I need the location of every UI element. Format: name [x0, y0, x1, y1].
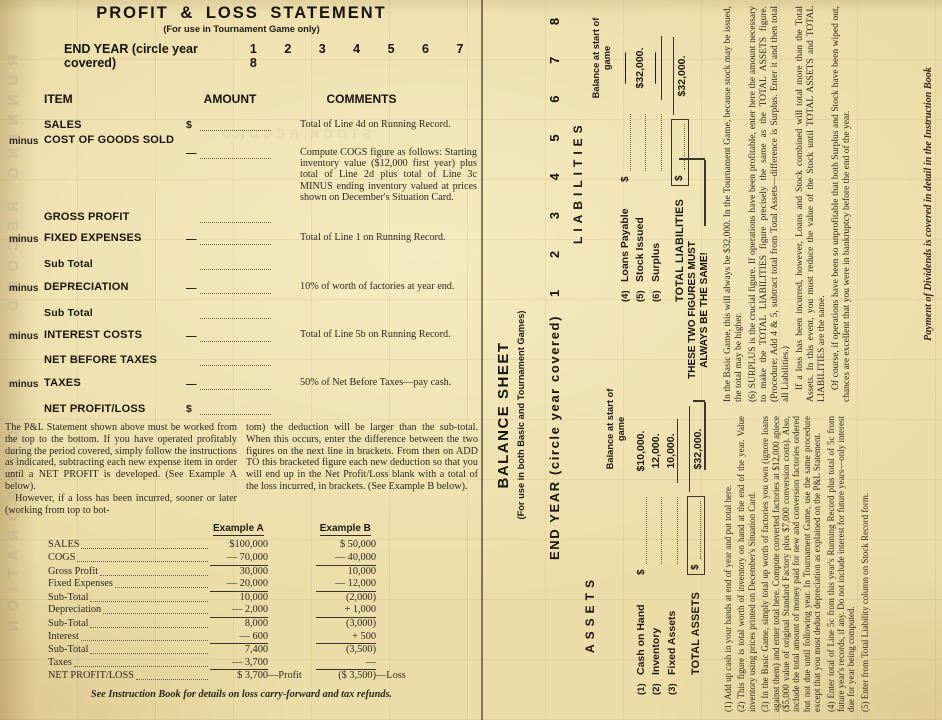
example-b-value: —: [316, 657, 376, 671]
example-a-value: $ 3,700: [210, 670, 268, 683]
paragraph: However, if a loss has been incurred, so…: [5, 493, 237, 517]
example-a-suffix: [268, 604, 316, 618]
example-b-value: 10,000: [316, 566, 376, 579]
pnl-column-headers: ITEM AMOUNT COMMENTS: [0, 92, 483, 106]
pnl-row-net-profit-loss: NET PROFIT/LOSS $: [0, 403, 483, 415]
example-row: Sub-Total 7,400 (3,500): [48, 644, 436, 657]
scanned-game-form-page: RUNNING RECORD CORPORATION STOCK RECORD …: [0, 0, 942, 720]
blank-entry-field: [635, 114, 646, 182]
amount-prefix: —: [186, 378, 200, 390]
example-a-value: — 70,000: [210, 552, 268, 566]
dotted-leader: [115, 578, 208, 588]
amount-column-header: AMOUNT: [184, 92, 276, 106]
comment-text: Compute COGS figure as follows: Starting…: [276, 147, 483, 203]
example-b-suffix: [376, 644, 436, 657]
example-a-value: 7,400: [210, 644, 268, 657]
item-label: Sub Total: [44, 258, 184, 270]
example-row: Gross Profit 30,000 10,000: [48, 566, 436, 579]
row-label: Surplus: [650, 182, 662, 282]
item-label: COST OF GOODS SOLD: [44, 134, 184, 203]
row-number: (2): [651, 675, 662, 695]
pnl-row-sales: SALES $ Total of Line 4d on Running Reco…: [0, 119, 483, 131]
asset-row: (1) Cash on Hand $ $10,000.: [635, 383, 647, 695]
amount-prefix: $: [186, 119, 200, 131]
example-b-suffix: [376, 618, 436, 631]
start-balance-value: $32,000.: [634, 22, 646, 114]
item-line-2: GOODS SOLD: [98, 134, 175, 146]
amount-prefix: $: [690, 559, 701, 570]
item-line-1: COST OF: [44, 134, 94, 146]
example-a-suffix: [268, 552, 316, 566]
amount-prefix: $: [620, 171, 631, 182]
example-a-suffix: [268, 592, 316, 605]
row-label: Loans Payable: [619, 182, 631, 282]
bracket-line: [704, 160, 706, 226]
label-text: Gross Profit: [48, 566, 98, 579]
example-label: COGS: [48, 552, 210, 566]
footnote: (5) Enter from Total Liability column on…: [860, 416, 870, 712]
label-text: NET PROFIT/LOSS: [48, 670, 134, 683]
dotted-fill-line: [667, 497, 678, 564]
example-b-value: (2,000): [316, 592, 376, 605]
pnl-instructions: The P&L Statement shown above must be wo…: [5, 422, 478, 516]
example-row: Fixed Expenses — 20,000 — 12,000: [48, 578, 436, 592]
example-row: Interest — 600 + 500: [48, 631, 436, 645]
comment-text: [276, 354, 483, 366]
example-a-suffix: [268, 618, 316, 631]
amount-blank-field: [184, 258, 276, 270]
comment-text: Total of Line 1 on Running Record.: [276, 232, 483, 245]
amount-prefix: —: [186, 233, 200, 245]
instruction-paragraph: In the Basic Game, this will always be $…: [723, 6, 745, 402]
dotted-leader: [81, 631, 208, 641]
example-a-suffix: [268, 644, 316, 657]
example-row: Sub-Total 10,000 (2,000): [48, 592, 436, 605]
pnl-footer-note: See Instruction Book for details on loss…: [0, 689, 483, 700]
minus-label: minus: [0, 377, 44, 390]
liabilities-section: LIABILITIES Balance at start of game (4)…: [571, 12, 689, 302]
example-a-suffix: —Profit: [268, 670, 316, 683]
row-label: Stock Issued: [634, 182, 646, 282]
example-b-value: (3,000): [316, 618, 376, 631]
label-text: Depreciation: [48, 604, 101, 618]
profit-loss-statement: PROFIT & LOSS STATEMENT (For use in Tour…: [0, 0, 483, 720]
example-b-suffix: [376, 604, 436, 618]
footnote: (4) Enter total of Line 5c from this yea…: [826, 416, 857, 712]
pnl-row-interest: minus INTEREST COSTS — Total of Line 5b …: [0, 329, 483, 342]
pnl-end-year-row: END YEAR (circle year covered) 1 2 3 4 5…: [64, 42, 483, 70]
blank-entry-field: [651, 114, 662, 182]
example-row: SALES $100,000 $ 50,000: [48, 539, 436, 552]
label-text: COGS: [48, 552, 75, 566]
liabilities-rows: (4) Loans Payable $ ——— (5) Stock Issued…: [619, 12, 662, 302]
blank-entry-field: [667, 497, 678, 575]
example-b-value: + 500: [316, 631, 376, 645]
comment-text: Total of Line 4d on Running Record.: [276, 119, 483, 131]
end-year-label: END YEAR (circle year covered): [64, 42, 234, 70]
balance-sheet-footnotes: (1) Add up cash in your hands at end of …: [723, 416, 873, 712]
item-label: Sub Total: [44, 307, 184, 319]
dotted-fill-line: [690, 501, 701, 559]
payment-of-dividends-note: Payment of Dividends is covered in detai…: [923, 6, 934, 402]
instructions-right-column: tom) the deduction will be larger than t…: [246, 422, 478, 516]
pnl-row-gross-profit: GROSS PROFIT: [0, 211, 483, 223]
row-number: (4): [620, 282, 631, 302]
example-a-suffix: [268, 539, 316, 552]
example-a-value: $100,000: [210, 539, 268, 552]
label-text: Sub-Total: [48, 618, 88, 631]
example-a-value: — 3,700: [210, 657, 268, 671]
dotted-leader: [103, 604, 208, 614]
total-liabilities-label: TOTAL LIABILITIES: [674, 190, 686, 302]
assets-rows: (1) Cash on Hand $ $10,000. (2) Inventor…: [635, 383, 678, 695]
end-year-label: END YEAR (circle year covered): [547, 315, 562, 560]
item-label: NET BEFORE TAXES: [44, 354, 184, 366]
dotted-fill-line: [636, 497, 647, 564]
row-number: (3): [667, 675, 678, 695]
amount-blank-field: —: [184, 281, 276, 294]
liabilities-header: LIABILITIES: [571, 12, 585, 244]
amount-prefix: $: [186, 403, 200, 415]
instructions-left-column: The P&L Statement shown above must be wo…: [5, 422, 237, 516]
dotted-fill-line: [620, 114, 631, 171]
example-b-suffix: [376, 631, 436, 645]
minus-label: [0, 403, 44, 415]
example-row: Depreciation — 2,000 + 1,000: [48, 604, 436, 618]
assets-balance-column-header: Balance at start of game: [605, 383, 627, 475]
amount-blank-field: —: [184, 329, 276, 342]
item-column-header: ITEM: [44, 92, 184, 106]
blank-entry-field: $: [636, 497, 647, 575]
example-a-value: 8,000: [210, 618, 268, 631]
row-number: (1): [636, 675, 647, 695]
example-label: Gross Profit: [48, 566, 210, 579]
dotted-fill-line: [200, 283, 271, 294]
minus-label: minus: [0, 134, 44, 203]
pnl-row-depreciation: minus DEPRECIATION — 10% of worth of fac…: [0, 281, 483, 294]
amount-blank-field: —: [184, 147, 276, 159]
minus-label: [0, 307, 44, 319]
label-text: SALES: [48, 539, 79, 552]
example-a-suffix: [268, 578, 316, 592]
label-text: Fixed Expenses: [48, 578, 113, 592]
example-row-net: NET PROFIT/LOSS $ 3,700 —Profit ($ 3,500…: [48, 670, 436, 683]
row-label: Fixed Assets: [666, 575, 678, 675]
liabilities-balance-column-header: Balance at start of game: [591, 12, 613, 104]
blank-entry-field: [651, 497, 662, 575]
balance-sheet-end-year-row: END YEAR (circle year covered) 1 2 3 4 5…: [547, 4, 562, 560]
item-label: GROSS PROFIT: [44, 211, 184, 223]
example-row: Sub-Total 8,000 (3,000): [48, 618, 436, 631]
comment-text: Total of Line 5b on Running Record.: [276, 329, 483, 342]
example-b-suffix: [376, 539, 436, 552]
liability-row: (5) Stock Issued $32,000.: [634, 12, 646, 302]
start-balance-value: $10,000.: [635, 405, 647, 497]
balance-sheet: BALANCE SHEET (For use in both Basic and…: [483, 0, 942, 720]
asset-row: (2) Inventory 12,000.: [650, 383, 662, 695]
total-liabilities-box-field: $: [671, 119, 689, 186]
example-a-suffix: [268, 657, 316, 671]
minus-label: minus: [0, 232, 44, 245]
example-row: Taxes — 3,700 —: [48, 657, 436, 671]
pnl-row-net-before-taxes: NET BEFORE TAXES: [0, 354, 483, 366]
dotted-fill-line: [200, 379, 271, 390]
amount-blank-field: [184, 211, 276, 223]
item-label: SALES: [44, 119, 184, 131]
liability-row: (4) Loans Payable $ ———: [619, 12, 631, 302]
dotted-leader: [81, 539, 208, 549]
example-label: Depreciation: [48, 604, 210, 618]
example-label: Fixed Expenses: [48, 578, 210, 592]
row-number: (5): [635, 282, 646, 302]
dotted-leader: [100, 566, 208, 576]
example-b-value: — 40,000: [316, 552, 376, 566]
example-b-suffix: [376, 552, 436, 566]
amount-blank-field: $: [184, 403, 276, 415]
instruction-paragraph: (6) SURPLUS is the crucial figure. If op…: [748, 6, 792, 402]
amount-prefix: —: [186, 282, 200, 294]
bracket-line: [704, 402, 706, 470]
example-b-value: + 1,000: [316, 604, 376, 618]
figures-must-match-note: THESE TWO FIGURES MUST ALWAYS BE THE SAM…: [687, 230, 711, 390]
dotted-leader: [90, 644, 208, 654]
dotted-fill-line: [200, 212, 271, 223]
start-balance-value: 12,000.: [650, 405, 662, 497]
item-label: FIXED EXPENSES: [44, 232, 184, 245]
amount-blank-field: [184, 307, 276, 319]
dotted-leader: [74, 657, 208, 667]
comment-text: [276, 211, 483, 223]
footnote: (1) Add up cash in your hands at end of …: [723, 416, 733, 712]
example-b-suffix: [376, 578, 436, 592]
example-a-value: 10,000: [210, 592, 268, 605]
dotted-fill-line: [200, 148, 271, 159]
footnote: (3) In the Basic Game, simply total up w…: [760, 416, 822, 712]
example-row: COGS — 70,000 — 40,000: [48, 552, 436, 566]
comment-text: 50% of Net Before Taxes—pay cash.: [276, 377, 483, 390]
example-b-suffix: —Loss: [376, 670, 436, 683]
row-label: Cash on Hand: [635, 575, 647, 675]
dotted-fill-line: [651, 114, 662, 171]
minus-label: [0, 354, 44, 366]
start-balance-value: ———: [619, 22, 631, 114]
dotted-leader: [90, 618, 208, 628]
balance-sheet-subtitle: (For use in both Basic and Tournament Ga…: [516, 220, 526, 610]
minus-label: [0, 258, 44, 270]
total-assets-label: TOTAL ASSETS: [690, 579, 702, 675]
amount-blank-field: [184, 354, 276, 366]
dotted-fill-line: [200, 404, 271, 415]
example-a-value: — 20,000: [210, 578, 268, 592]
amount-prefix: $: [674, 170, 685, 181]
dotted-fill-line: [200, 234, 271, 245]
bracket-line: [693, 401, 705, 403]
example-a-suffix: [268, 566, 316, 579]
balance-sheet-title: BALANCE SHEET: [495, 260, 512, 570]
comment-text: [276, 258, 483, 270]
amount-prefix: —: [186, 330, 200, 342]
example-a-value: 30,000: [210, 566, 268, 579]
item-label: NET PROFIT/LOSS: [44, 403, 184, 415]
amount-blank-field: $: [184, 119, 276, 131]
label-text: Taxes: [48, 657, 72, 671]
label-text: Interest: [48, 631, 79, 645]
comment-text: [276, 307, 483, 319]
total-assets-row: TOTAL ASSETS $ $32,000.: [687, 383, 705, 695]
total-assets-balance: $32,000.: [689, 406, 704, 492]
pnl-row-subtotal-2: Sub Total: [0, 307, 483, 319]
balance-sheet-instructions: In the Basic Game, this will always be $…: [723, 6, 856, 402]
dotted-fill-line: [200, 308, 271, 319]
dotted-fill-line: [200, 259, 271, 270]
pnl-row-cogs: minus COST OF GOODS SOLD — Compute COGS …: [0, 134, 483, 203]
example-a-suffix: [268, 631, 316, 645]
example-b-value: (3,500): [316, 644, 376, 657]
row-label: Inventory: [650, 575, 662, 675]
pnl-subtitle: (For use in Tournament Game only): [0, 24, 483, 34]
example-label: Taxes: [48, 657, 210, 671]
example-label: Sub-Total: [48, 644, 210, 657]
minus-label: [0, 119, 44, 131]
example-label: NET PROFIT/LOSS: [48, 670, 210, 683]
row-number: (6): [651, 282, 662, 302]
total-assets-box-field: $: [687, 496, 705, 575]
example-b-value: ($ 3,500): [316, 670, 376, 683]
example-b-header: Example B: [320, 523, 371, 536]
dotted-leader: [90, 592, 208, 602]
end-year-numbers: 1 2 3 4 5 6 7 8: [547, 4, 562, 297]
paragraph: tom) the deduction will be larger than t…: [246, 422, 478, 493]
item-label: INTEREST COSTS: [44, 329, 184, 342]
example-a-value: — 2,000: [210, 604, 268, 618]
example-label: Sub-Total: [48, 618, 210, 631]
assets-section: ASSETS Balance at start of game (1) Cash…: [583, 383, 705, 695]
label-text: Sub-Total: [48, 592, 88, 605]
example-b-suffix: [376, 657, 436, 671]
example-b-suffix: [376, 592, 436, 605]
amount-blank-field: —: [184, 377, 276, 390]
example-b-suffix: [376, 566, 436, 579]
blank-entry-field: $: [620, 114, 631, 182]
amount-blank-field: —: [184, 232, 276, 245]
dotted-fill-line: [651, 497, 662, 564]
paragraph: The P&L Statement shown above must be wo…: [5, 422, 237, 493]
minus-column-header: [0, 92, 44, 106]
dotted-leader: [77, 552, 208, 562]
comments-column-header: COMMENTS: [276, 92, 483, 106]
example-a-value: — 600: [210, 631, 268, 645]
instruction-paragraph: Of course, if operations have been so un…: [831, 6, 853, 402]
example-headers: Example A Example B: [48, 523, 483, 536]
pnl-title: PROFIT & LOSS STATEMENT: [0, 4, 483, 23]
asset-row: (3) Fixed Assets 10,000.: [665, 383, 678, 695]
amount-prefix: —: [186, 147, 200, 159]
pnl-row-taxes: minus TAXES — 50% of Net Before Taxes—pa…: [0, 377, 483, 390]
example-label: Interest: [48, 631, 210, 645]
example-a-header: Example A: [213, 523, 264, 536]
minus-label: [0, 211, 44, 223]
dotted-fill-line: [200, 120, 271, 131]
dotted-fill-line: [674, 124, 685, 170]
end-year-numbers: 1 2 3 4 5 6 7 8: [250, 42, 483, 70]
instruction-paragraph: If a loss has been incurred, however, Lo…: [795, 6, 828, 402]
dotted-fill-line: [200, 331, 271, 342]
example-b-value: $ 50,000: [316, 539, 376, 552]
liability-row: (6) Surplus ———: [649, 12, 662, 302]
pnl-row-fixed-expenses: minus FIXED EXPENSES — Total of Line 1 o…: [0, 232, 483, 245]
dotted-fill-line: [635, 114, 646, 171]
item-label: DEPRECIATION: [44, 281, 184, 294]
total-liabilities-balance: $32,000.: [673, 37, 688, 115]
amount-prefix: $: [636, 564, 647, 575]
minus-label: minus: [0, 329, 44, 342]
start-balance-value: ———: [649, 36, 662, 100]
comment-text: 10% of worth of factories at year end.: [276, 281, 483, 294]
example-label: SALES: [48, 539, 210, 552]
item-label: TAXES: [44, 377, 184, 390]
dotted-leader: [136, 670, 208, 680]
footnote: (2) This figure is total worth of invent…: [736, 416, 757, 712]
comment-text: [276, 403, 483, 415]
example-label: Sub-Total: [48, 592, 210, 605]
pnl-row-subtotal-1: Sub Total: [0, 258, 483, 270]
dotted-fill-line: [200, 355, 271, 366]
start-balance-value: 10,000.: [665, 419, 678, 483]
label-text: Sub-Total: [48, 644, 88, 657]
assets-header: ASSETS: [583, 383, 597, 653]
bracket-line: [679, 159, 705, 161]
minus-label: minus: [0, 281, 44, 294]
example-b-value: — 12,000: [316, 578, 376, 592]
